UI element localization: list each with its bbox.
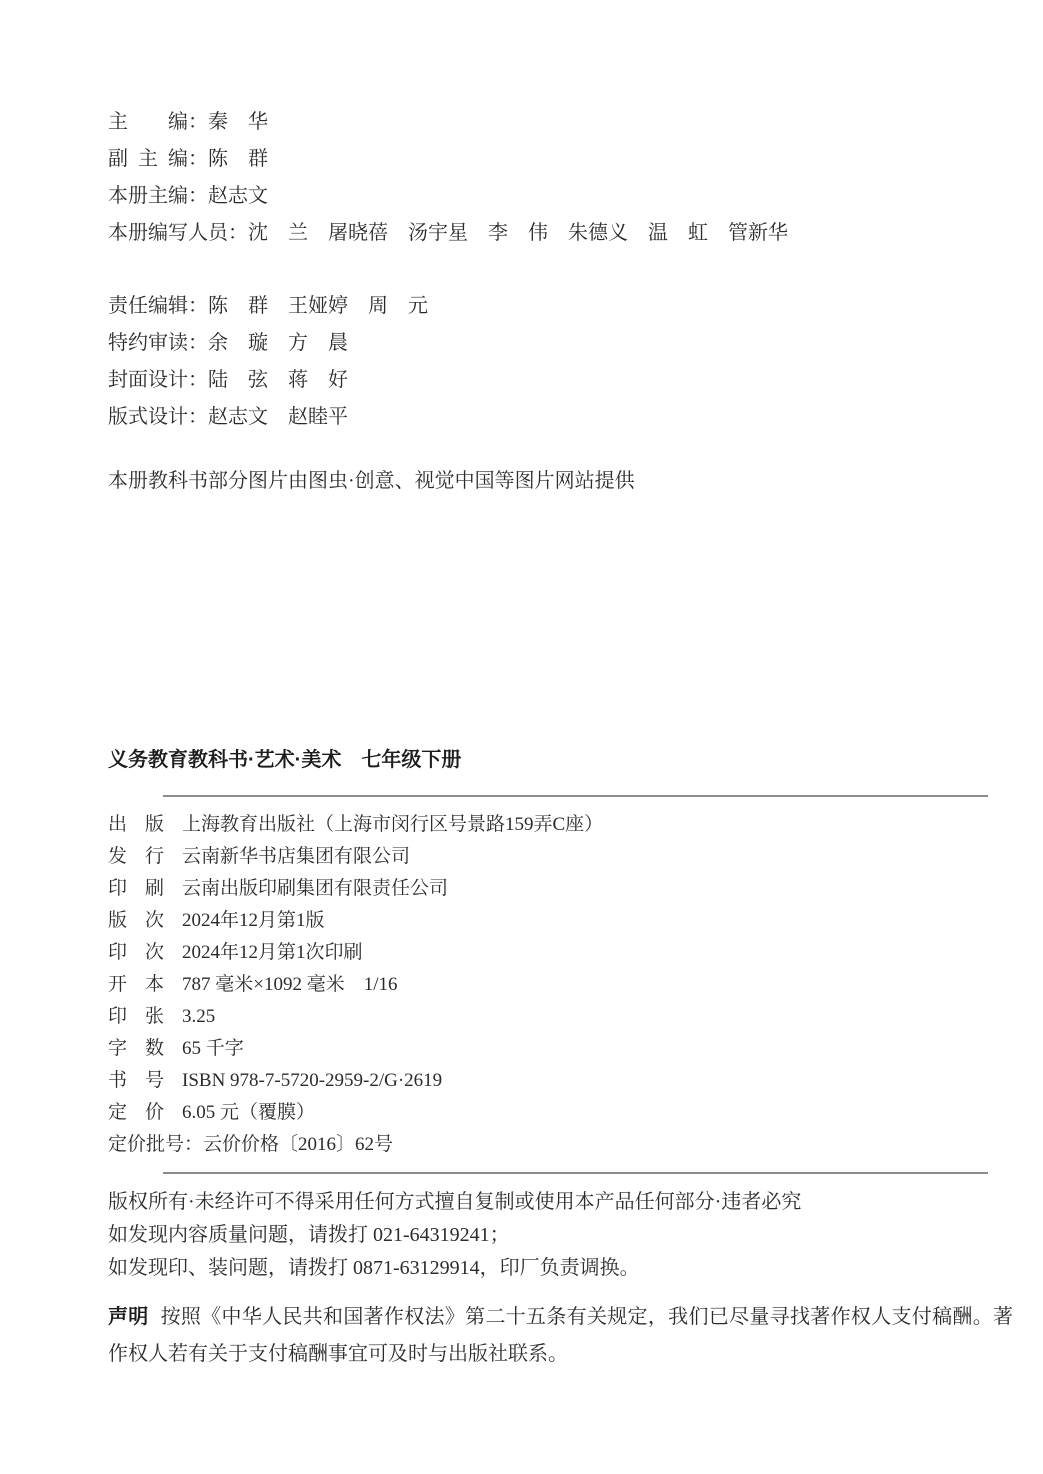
colon: ：	[228, 222, 248, 244]
chief-editor-line: 主编：秦 华	[108, 104, 1043, 141]
price-label: 定价	[108, 1097, 164, 1129]
book-title: 义务教育教科书·艺术·美术 七年级下册	[108, 745, 1043, 775]
colon: ：	[188, 369, 208, 391]
content-issue-line: 如发现内容质量问题，请拨打 021-64319241；	[108, 1219, 1043, 1252]
chief-editor-value: 秦 华	[208, 111, 268, 133]
printer-value: 云南出版印刷集团有限责任公司	[182, 878, 448, 899]
format-label: 开本	[108, 969, 164, 1001]
special-reviewer-label: 特约审读	[108, 325, 188, 362]
edition-label: 版次	[108, 905, 164, 937]
price-approval-value: 云价价格〔2016〕62号	[203, 1134, 393, 1155]
colon: ：	[188, 406, 208, 428]
wordcount-row: 字数65 千字	[108, 1033, 1043, 1065]
divider-top	[163, 795, 988, 797]
isbn-row: 书号ISBN 978-7-5720-2959-2/G·2619	[108, 1065, 1043, 1097]
edition-value: 2024年12月第1版	[182, 910, 325, 931]
statement-label: 声明	[108, 1306, 149, 1328]
deputy-editor-value: 陈 群	[208, 148, 268, 170]
price-approval-row: 定价批号：云价价格〔2016〕62号	[108, 1129, 1043, 1161]
sheets-row: 印张3.25	[108, 1001, 1043, 1033]
colon: ：	[188, 332, 208, 354]
printer-label: 印刷	[108, 873, 164, 905]
distributor-row: 发行云南新华书店集团有限公司	[108, 841, 1043, 873]
printing-issue-line: 如发现印、装问题，请拨打 0871-63129914，印厂负责调换。	[108, 1252, 1043, 1285]
deputy-editor-line: 副主编：陈 群	[108, 141, 1043, 178]
copyright-block: 版权所有·未经许可不得采用任何方式擅自复制或使用本产品任何部分·违者必究 如发现…	[108, 1186, 1043, 1285]
writers-line: 本册编写人员：沈 兰 屠晓蓓 汤宇星 李 伟 朱德义 温 虹 管新华	[108, 215, 1043, 252]
responsible-editor-label: 责任编辑	[108, 288, 188, 325]
statement-paragraph: 声明按照《中华人民共和国著作权法》第二十五条有关规定，我们已尽量寻找著作权人支付…	[108, 1299, 1013, 1373]
divider-bottom	[163, 1172, 988, 1174]
colon: ：	[188, 185, 208, 207]
impression-value: 2024年12月第1次印刷	[182, 942, 363, 963]
isbn-label: 书号	[108, 1065, 164, 1097]
printer-row: 印刷云南出版印刷集团有限责任公司	[108, 873, 1043, 905]
impression-label: 印次	[108, 937, 164, 969]
format-value: 787 毫米×1092 毫米 1/16	[182, 974, 398, 995]
sheets-label: 印张	[108, 1001, 164, 1033]
distributor-value: 云南新华书店集团有限公司	[182, 846, 410, 867]
volume-editor-line: 本册主编：赵志文	[108, 178, 1043, 215]
staff-block: 责任编辑：陈 群 王娅婷 周 元 特约审读：余 璇 方 晨 封面设计：陆 弦 蒋…	[108, 288, 1043, 436]
special-reviewer-value: 余 璇 方 晨	[208, 332, 348, 354]
image-credit: 本册教科书部分图片由图虫·创意、视觉中国等图片网站提供	[108, 463, 1043, 500]
special-reviewer-line: 特约审读：余 璇 方 晨	[108, 325, 1043, 362]
colophon-block: 出版上海教育出版社（上海市闵行区号景路159弄C座） 发行云南新华书店集团有限公…	[108, 809, 1043, 1161]
statement-text: 按照《中华人民共和国著作权法》第二十五条有关规定，我们已尽量寻找著作权人支付稿酬…	[108, 1306, 1013, 1365]
colophon-page: 主编：秦 华 副主编：陈 群 本册主编：赵志文 本册编写人员：沈 兰 屠晓蓓 汤…	[0, 0, 1043, 1474]
isbn-value: ISBN 978-7-5720-2959-2/G·2619	[182, 1070, 442, 1091]
colon: ：	[188, 111, 208, 133]
writers-value: 沈 兰 屠晓蓓 汤宇星 李 伟 朱德义 温 虹 管新华	[248, 222, 788, 244]
deputy-editor-label: 副主编	[108, 141, 188, 178]
format-row: 开本787 毫米×1092 毫米 1/16	[108, 969, 1043, 1001]
sheets-value: 3.25	[182, 1006, 215, 1027]
volume-editor-value: 赵志文	[208, 185, 268, 207]
editors-block: 主编：秦 华 副主编：陈 群 本册主编：赵志文 本册编写人员：沈 兰 屠晓蓓 汤…	[108, 104, 1043, 252]
writers-label: 本册编写人员	[108, 215, 228, 252]
copyright-notice-line: 版权所有·未经许可不得采用任何方式擅自复制或使用本产品任何部分·违者必究	[108, 1186, 1043, 1219]
chief-editor-label: 主编	[108, 104, 188, 141]
publisher-label: 出版	[108, 809, 164, 841]
publisher-row: 出版上海教育出版社（上海市闵行区号景路159弄C座）	[108, 809, 1043, 841]
wordcount-value: 65 千字	[182, 1038, 244, 1059]
wordcount-label: 字数	[108, 1033, 164, 1065]
volume-editor-label: 本册主编	[108, 178, 188, 215]
price-row: 定价6.05 元（覆膜）	[108, 1097, 1043, 1129]
layout-design-label: 版式设计	[108, 399, 188, 436]
colon: ：	[188, 148, 208, 170]
cover-design-value: 陆 弦 蒋 好	[208, 369, 348, 391]
cover-design-line: 封面设计：陆 弦 蒋 好	[108, 362, 1043, 399]
price-value: 6.05 元（覆膜）	[182, 1102, 315, 1123]
distributor-label: 发行	[108, 841, 164, 873]
publisher-value: 上海教育出版社（上海市闵行区号景路159弄C座）	[182, 814, 603, 835]
layout-design-value: 赵志文 赵睦平	[208, 406, 348, 428]
responsible-editor-line: 责任编辑：陈 群 王娅婷 周 元	[108, 288, 1043, 325]
colon: ：	[188, 295, 208, 317]
colon: ：	[184, 1134, 203, 1155]
responsible-editor-value: 陈 群 王娅婷 周 元	[208, 295, 428, 317]
impression-row: 印次2024年12月第1次印刷	[108, 937, 1043, 969]
price-approval-label: 定价批号	[108, 1129, 184, 1161]
layout-design-line: 版式设计：赵志文 赵睦平	[108, 399, 1043, 436]
edition-row: 版次2024年12月第1版	[108, 905, 1043, 937]
cover-design-label: 封面设计	[108, 362, 188, 399]
